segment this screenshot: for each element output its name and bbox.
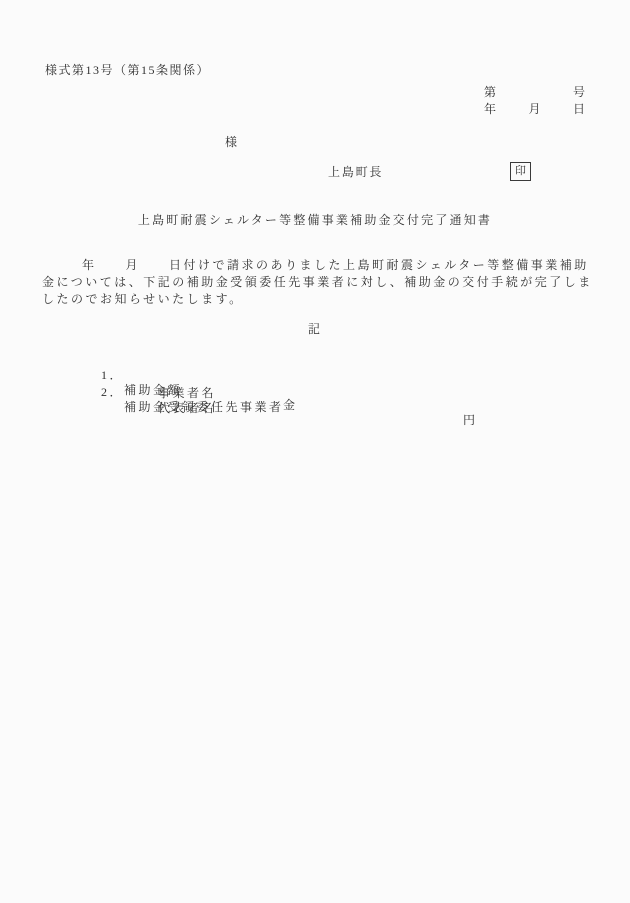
date-day-label: 日 (573, 100, 585, 117)
list-item-2-number: 2． (101, 383, 124, 400)
representative-name-label: 代表者名 (158, 399, 216, 416)
list-item-subsidy-amount: 1． 補助金額 金 円 (0, 351, 630, 366)
date-line: 年 月 日 (484, 100, 585, 117)
body-paragraph-line-2: 金については、下記の補助金受領委任先事業者に対し、補助金の交付手続が完了しま (42, 273, 593, 290)
currency-prefix: 金 (283, 396, 298, 413)
sender-title: 上島町長 (328, 163, 383, 180)
seal-mark: 印 (510, 162, 531, 181)
addressee-suffix: 様 (225, 133, 239, 150)
date-month-label: 月 (528, 100, 540, 117)
doc-number-suffix: 号 (573, 83, 585, 100)
list-item-delegated-business: 2． 補助金受領委任先事業者 (0, 368, 630, 383)
form-number: 様式第13号（第15条関係） (45, 61, 210, 78)
document-title: 上島町耐震シェルター等整備事業補助金交付完了通知書 (0, 211, 630, 228)
document-page: 様式第13号（第15条関係） 第 号 年 月 日 様 上島町長 印 上島町耐震シ… (0, 0, 630, 903)
doc-number-prefix: 第 (484, 83, 496, 100)
currency-suffix: 円 (463, 411, 478, 428)
body-paragraph-line-3: したのでお知らせいたします。 (42, 290, 244, 307)
body-paragraph-line-1: 年 月 日付けで請求のありました上島町耐震シェルター等整備事業補助 (82, 256, 589, 273)
date-year-label: 年 (484, 100, 496, 117)
record-marker: 記 (0, 320, 630, 337)
document-number-line: 第 号 (484, 83, 585, 100)
